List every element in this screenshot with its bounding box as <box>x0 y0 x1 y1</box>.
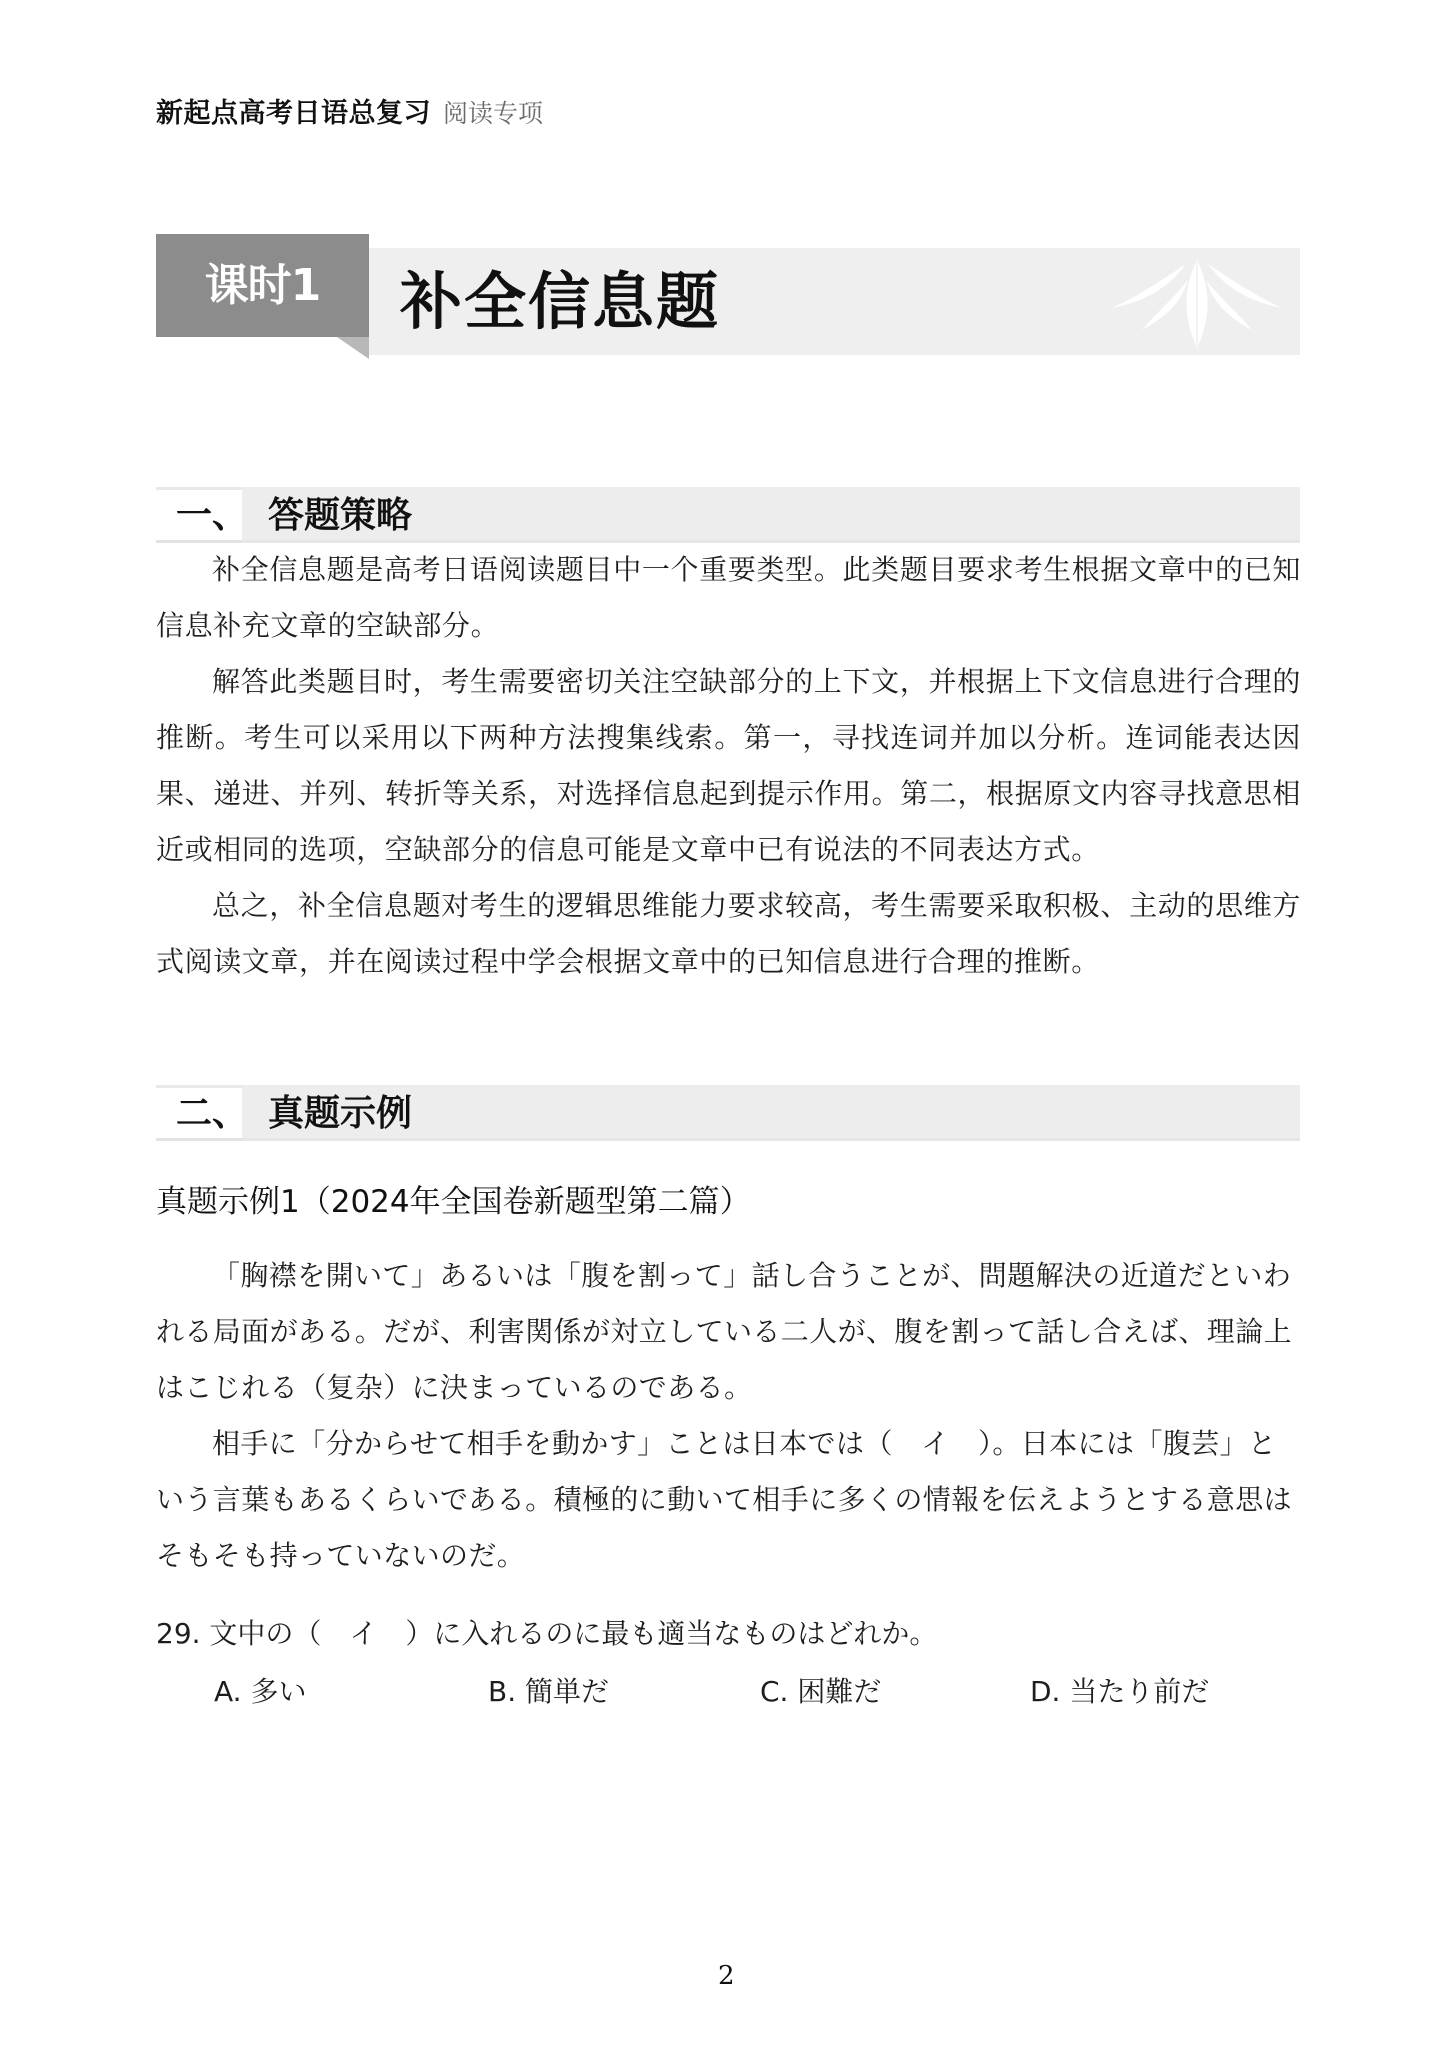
section-header-examples: 二、 真题示例 <box>156 1085 1300 1143</box>
section-number: 一、 <box>176 491 248 541</box>
option-a[interactable]: A. 多い <box>214 1670 306 1714</box>
book-section: 阅读专项 <box>443 99 543 128</box>
answer-options: A. 多い B. 簡単だ C. 困難だ D. 当たり前だ <box>0 1670 1456 1714</box>
lesson-title: 补全信息题 <box>400 262 720 342</box>
option-c[interactable]: C. 困難だ <box>760 1670 881 1714</box>
page-number: 2 <box>718 1958 735 1994</box>
strategy-paragraph-3: 总之，补全信息题对考生的逻辑思维能力要求较高，考生需要采取积极、主动的思维方式阅… <box>156 878 1301 990</box>
section-number: 二、 <box>176 1089 248 1139</box>
strategy-paragraph-2: 解答此类题目时，考生需要密切关注空缺部分的上下文，并根据上下文信息进行合理的推断… <box>156 654 1301 878</box>
section-header-strategy: 一、 答题策略 <box>156 487 1300 545</box>
running-header: 新起点高考日语总复习阅读专项 <box>156 96 543 132</box>
section-title: 真题示例 <box>268 1089 412 1139</box>
title-tab-fold <box>337 337 369 359</box>
example-title: 真题示例1（2024年全国卷新题型第二篇） <box>156 1180 751 1224</box>
option-b[interactable]: B. 簡単だ <box>488 1670 609 1714</box>
passage-paragraph-1: 「胸襟を開いて」あるいは「腹を割って」話し合うことが、問題解決の近道だといわれる… <box>156 1248 1301 1416</box>
section-title: 答题策略 <box>268 491 412 541</box>
passage-paragraph-2: 相手に「分からせて相手を動かす」ことは日本では（ イ ）。日本には「腹芸」という… <box>156 1416 1301 1584</box>
book-title: 新起点高考日语总复习 <box>156 98 431 129</box>
lesson-tab: 课时1 <box>156 234 369 337</box>
option-d[interactable]: D. 当たり前だ <box>1030 1670 1209 1714</box>
question-text: 29. 文中の（ イ ）に入れるのに最も適当なものはどれか。 <box>156 1612 937 1656</box>
bamboo-leaves-icon <box>1112 250 1282 350</box>
strategy-paragraph-1: 补全信息题是高考日语阅读题目中一个重要类型。此类题目要求考生根据文章中的已知信息… <box>156 542 1301 654</box>
